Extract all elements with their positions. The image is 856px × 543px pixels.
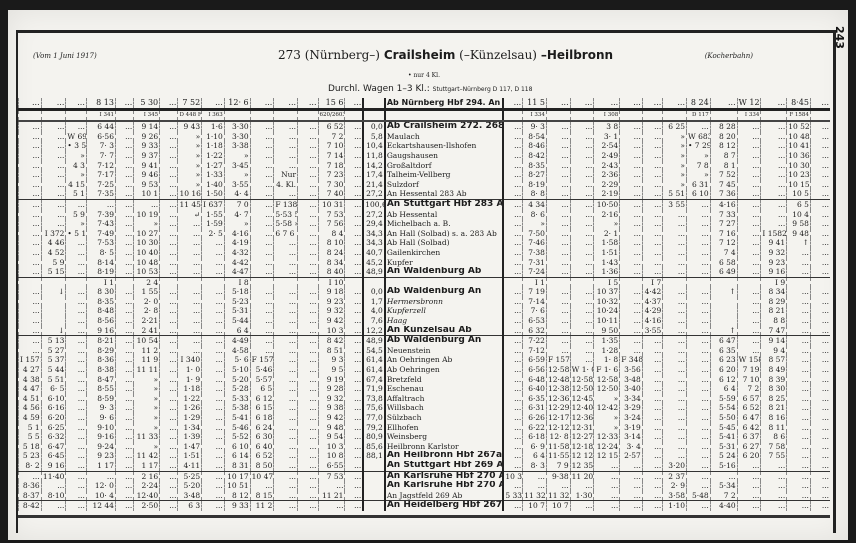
time-cell: ... xyxy=(620,501,643,511)
time-cell: 10 16 xyxy=(178,189,202,199)
time-cell: 3·48 xyxy=(178,491,202,501)
time-cell: ... xyxy=(642,336,662,346)
time-cell: 10 48 xyxy=(134,258,160,268)
time-cell xyxy=(41,297,66,307)
time-cell: ... xyxy=(202,432,225,442)
time-cell: ... xyxy=(810,132,830,142)
time-cell: ... xyxy=(202,394,225,404)
time-cell xyxy=(41,277,66,287)
time-cell: W 12 2 F 11 14 xyxy=(737,98,761,109)
time-cell: 2·16 xyxy=(594,210,620,220)
time-cell: 5·41 xyxy=(224,413,250,423)
time-cell: ... xyxy=(202,375,225,385)
time-cell: I 334 xyxy=(523,109,547,121)
time-cell: 5·41 xyxy=(710,432,737,442)
time-cell: 4·47 xyxy=(224,267,250,277)
time-cell: ... xyxy=(570,248,594,258)
time-cell: ... xyxy=(274,346,298,356)
time-cell: ... xyxy=(66,267,86,277)
time-cell: 5 27 xyxy=(41,346,66,356)
time-cell: ... xyxy=(160,316,178,326)
time-cell: 3·34 xyxy=(620,394,643,404)
time-cell: ... xyxy=(298,306,318,316)
time-cell: 9· 3 xyxy=(86,403,115,413)
time-cell: 4·42 xyxy=(224,258,250,268)
time-cell: ... xyxy=(298,170,318,180)
time-cell: ... xyxy=(546,336,570,346)
time-cell: ... xyxy=(594,491,620,501)
time-cell: ... xyxy=(642,442,662,452)
time-cell: ... xyxy=(620,461,643,471)
time-cell: ... xyxy=(66,316,86,326)
time-cell: ... xyxy=(274,248,298,258)
time-cell: ... xyxy=(41,132,66,142)
time-cell: ... xyxy=(761,132,787,142)
time-cell: ... xyxy=(345,375,363,385)
time-cell: 8 49 xyxy=(761,365,787,375)
time-cell: 8·59 xyxy=(86,394,115,404)
time-cell: 6 7 6 13 xyxy=(274,229,298,239)
time-cell: ... xyxy=(274,501,298,511)
timetable-row: 5 56·32...9·16...11 33...1·39...5·526 30… xyxy=(19,432,831,442)
time-cell xyxy=(345,109,363,121)
time-cell: 4 52 xyxy=(41,248,66,258)
time-cell: ... xyxy=(66,326,86,336)
time-cell: 1·50 xyxy=(202,189,225,199)
time-cell: ... xyxy=(810,423,830,433)
time-cell: 11 2 xyxy=(250,501,274,511)
time-cell: 10 5 xyxy=(787,189,811,199)
time-cell: 5 37 xyxy=(41,355,66,365)
time-cell: » xyxy=(663,170,687,180)
time-cell: 5·57 xyxy=(250,375,274,385)
time-cell: I 637 xyxy=(202,199,225,209)
time-cell: 6 5 xyxy=(250,384,274,394)
valid-from: (Vom 1 Juni 1917) xyxy=(33,52,97,60)
km-cell xyxy=(363,109,385,121)
time-cell: ... xyxy=(19,189,42,199)
time-cell: ... xyxy=(620,170,643,180)
time-cell: ... xyxy=(737,461,761,471)
time-cell: 3·58 xyxy=(663,491,687,501)
timetable-row: 8·378·10...10· 4...12·40...3·48...8 128 … xyxy=(19,491,831,501)
time-cell: 2·36 xyxy=(594,170,620,180)
time-cell: ... xyxy=(737,297,761,307)
time-cell: 6 57 xyxy=(737,394,761,404)
time-cell: 4 3 xyxy=(66,161,86,171)
time-cell: D 448 F 1503 xyxy=(178,109,202,121)
time-cell: » xyxy=(663,161,687,171)
km-cell: 27,2 xyxy=(363,210,385,220)
time-cell: 11·55 xyxy=(546,451,570,461)
time-cell: ... xyxy=(810,375,830,385)
time-cell: 5 51 xyxy=(41,375,66,385)
time-cell: ... xyxy=(663,394,687,404)
time-cell: ... xyxy=(178,229,202,239)
timetable-row: 4 596·20...9· 6...»...1·29...5·416 18...… xyxy=(19,413,831,423)
time-cell: 6 20 xyxy=(737,451,761,461)
time-cell: 10 36 xyxy=(787,151,811,161)
time-cell: 8 20 xyxy=(710,132,737,142)
time-cell: ... xyxy=(160,375,178,385)
time-cell: ... xyxy=(19,326,42,336)
time-cell: ... xyxy=(687,326,711,336)
time-cell xyxy=(41,316,66,326)
time-cell: 9 43 xyxy=(178,121,202,132)
time-cell xyxy=(66,277,86,287)
time-cell: ... xyxy=(19,306,42,316)
time-cell: ... xyxy=(160,306,178,316)
time-cell: 6 20 xyxy=(710,365,737,375)
timetable-row: ......5 97·39...10 19...↵1·554· 7...5·53… xyxy=(19,210,831,220)
time-cell: 8·35 xyxy=(86,297,115,307)
station-name: Ab Nürnberg Hbf 294. An xyxy=(385,98,504,109)
time-cell: 8 10 xyxy=(318,238,345,248)
time-cell: ... xyxy=(663,423,687,433)
time-cell: ... xyxy=(503,451,522,461)
time-cell: 5·50 xyxy=(710,413,737,423)
time-cell: ... xyxy=(737,471,761,481)
time-cell: ... xyxy=(115,491,133,501)
time-cell: 8·35 xyxy=(523,161,547,171)
time-cell xyxy=(620,109,643,121)
time-cell: 5·54 xyxy=(710,403,737,413)
time-cell xyxy=(66,109,86,121)
time-cell: ... xyxy=(546,98,570,109)
time-cell: 7·50 xyxy=(523,229,547,239)
time-cell: F 1· 6 xyxy=(594,365,620,375)
time-cell: ... xyxy=(298,180,318,190)
time-cell: ... xyxy=(115,267,133,277)
timetable-row: ...5 27...8·29...11 2.........4·58......… xyxy=(19,346,831,356)
time-cell: ... xyxy=(620,297,643,307)
time-cell: 6 24 xyxy=(250,423,274,433)
time-cell: F 1383 W 6937 xyxy=(274,199,298,209)
km-cell: 1,7 xyxy=(363,297,385,307)
time-cell: ... xyxy=(810,481,830,491)
time-cell: ... xyxy=(345,384,363,394)
time-cell: ... xyxy=(620,481,643,491)
route-main: Crailsheim xyxy=(384,48,456,62)
time-cell: ... xyxy=(274,375,298,385)
time-cell: ... xyxy=(570,326,594,336)
time-cell: ... xyxy=(503,423,522,433)
time-cell: ... xyxy=(274,432,298,442)
timetable-row: ......4 37·12...9 41...»1·273·45........… xyxy=(19,161,831,171)
time-cell: ... xyxy=(642,199,662,209)
time-cell: ... xyxy=(687,471,711,481)
time-cell: ... xyxy=(86,199,115,209)
time-cell: ... xyxy=(202,238,225,248)
time-cell: ... xyxy=(178,248,202,258)
time-cell: 8 1 xyxy=(710,161,737,171)
time-cell: ... xyxy=(274,491,298,501)
time-cell: ... xyxy=(274,258,298,268)
time-cell: ... xyxy=(687,258,711,268)
time-cell: ... xyxy=(202,346,225,356)
time-cell: ... xyxy=(66,336,86,346)
time-cell: ... xyxy=(178,306,202,316)
time-cell: » xyxy=(178,180,202,190)
time-cell: ... xyxy=(503,461,522,471)
time-cell: ... xyxy=(546,141,570,151)
time-cell: » xyxy=(66,170,86,180)
time-cell: 5· 6 xyxy=(224,355,250,365)
time-cell: 8· 3 xyxy=(523,461,547,471)
time-cell: ... xyxy=(642,375,662,385)
time-cell: ... xyxy=(546,219,570,229)
time-cell: 8·38 xyxy=(86,365,115,375)
timetable-row: 8·36......12· 0...2·24...5·20...10 51...… xyxy=(19,481,831,491)
station-name: Neuenstein xyxy=(385,346,504,356)
time-cell: ... xyxy=(345,451,363,461)
time-cell: ... xyxy=(274,189,298,199)
time-cell: 12 12 xyxy=(570,451,594,461)
time-cell: 1·51 xyxy=(594,248,620,258)
km-cell: 88,1 xyxy=(363,451,385,461)
time-cell: ... xyxy=(620,121,643,132)
time-cell: ... xyxy=(19,346,42,356)
time-cell: » xyxy=(134,423,160,433)
time-cell: ... xyxy=(787,355,811,365)
time-cell: 7·53 xyxy=(86,238,115,248)
time-cell: 8· 6 xyxy=(523,210,547,220)
time-cell: ... xyxy=(178,238,202,248)
time-cell: Nur xyxy=(274,170,298,180)
time-cell xyxy=(687,277,711,287)
time-cell: W 6916 xyxy=(66,132,86,142)
time-cell: ... xyxy=(19,199,42,209)
time-cell: ... xyxy=(810,267,830,277)
time-cell: 11 45 xyxy=(178,199,202,209)
time-cell: ... xyxy=(115,199,133,209)
time-cell: ... xyxy=(202,287,225,297)
km-cell: 73,8 xyxy=(363,394,385,404)
time-cell: ... xyxy=(298,151,318,161)
time-cell: ... xyxy=(345,501,363,511)
time-cell: ... xyxy=(274,384,298,394)
time-cell: ... xyxy=(546,258,570,268)
time-cell: ... xyxy=(345,229,363,239)
station-name: An Jagstfeld 269 Ab xyxy=(385,491,504,501)
time-cell: I 340 xyxy=(178,355,202,365)
time-cell: ... xyxy=(160,189,178,199)
time-cell: 6 27 xyxy=(737,442,761,452)
time-cell: 4 27 xyxy=(19,365,42,375)
time-cell: ... xyxy=(19,229,42,239)
time-cell: ... xyxy=(178,336,202,346)
time-cell: 5 18 xyxy=(19,442,42,452)
time-cell: ... xyxy=(687,432,711,442)
time-cell: 1 17 xyxy=(86,461,115,471)
time-cell: ... xyxy=(787,306,811,316)
time-cell: ... xyxy=(687,403,711,413)
time-cell: ... xyxy=(642,132,662,142)
time-cell: ... xyxy=(115,336,133,346)
time-cell: ... xyxy=(345,180,363,190)
time-cell: 10 3 xyxy=(318,326,345,336)
time-cell: 12·58 xyxy=(594,375,620,385)
time-cell: ... xyxy=(546,210,570,220)
time-cell: 12·36 xyxy=(570,413,594,423)
time-cell: ... xyxy=(663,316,687,326)
time-cell: » xyxy=(523,219,547,229)
time-cell: 6 4 xyxy=(224,326,250,336)
time-cell: ... xyxy=(66,98,86,109)
time-cell: ... xyxy=(810,471,830,481)
time-cell: ... xyxy=(546,316,570,326)
time-cell: ... xyxy=(345,413,363,423)
timetable-row: ......»7·43...»......1·59»...5·58 »...7 … xyxy=(19,219,831,229)
time-cell: 12·42 xyxy=(594,403,620,413)
time-cell: 6 18 xyxy=(250,413,274,423)
time-cell: ... xyxy=(620,199,643,209)
time-cell: ... xyxy=(298,326,318,336)
timetable-row: ......4 157·25...9 53...»1·403·55...4. K… xyxy=(19,180,831,190)
time-cell: 12·40 xyxy=(570,403,594,413)
time-cell: 8 12 xyxy=(224,491,250,501)
time-cell: ... xyxy=(642,98,662,109)
time-cell: 6 15 xyxy=(250,403,274,413)
km-cell: 34,3 xyxy=(363,238,385,248)
time-cell: 5·28 xyxy=(224,384,250,394)
time-cell: 8 21 xyxy=(761,306,787,316)
station-name: Ab Waldenburg An xyxy=(385,287,504,297)
time-cell: ... xyxy=(761,491,787,501)
time-cell: 1·18 xyxy=(178,384,202,394)
time-cell: 1·18 xyxy=(202,141,225,151)
time-cell: ... xyxy=(345,141,363,151)
time-cell: 3·19 xyxy=(620,423,643,433)
time-cell: ... xyxy=(115,151,133,161)
time-cell: 2·24 xyxy=(134,481,160,491)
time-cell xyxy=(710,297,737,307)
km-cell xyxy=(363,98,385,109)
timetable-row: ......W 69166·56...9 26...»1·103·30.....… xyxy=(19,132,831,142)
time-cell: 4·49 xyxy=(224,336,250,346)
km-cell xyxy=(363,491,385,501)
time-cell: ... xyxy=(810,287,830,297)
time-cell: ... xyxy=(298,442,318,452)
time-cell: 1 55 xyxy=(134,287,160,297)
time-cell: 4 46 xyxy=(41,238,66,248)
time-cell xyxy=(503,109,522,121)
time-cell: 6·55 xyxy=(318,461,345,471)
time-cell: ... xyxy=(345,461,363,471)
time-cell: 5·59 xyxy=(710,394,737,404)
time-cell: 4 56 xyxy=(19,403,42,413)
time-cell: ... xyxy=(737,238,761,248)
time-cell: ... xyxy=(19,248,42,258)
time-cell xyxy=(298,277,318,287)
time-cell: 8·36 xyxy=(19,481,42,491)
time-cell: ... xyxy=(19,336,42,346)
time-cell: ... xyxy=(66,394,86,404)
time-cell: 8 8 xyxy=(761,316,787,326)
timetable-page: 243 (Vom 1 Juni 1917) 273 (Nürnberg–) Cr… xyxy=(8,10,848,540)
time-cell: ... xyxy=(810,98,830,109)
time-cell: 7·38 xyxy=(523,248,547,258)
time-cell: ... xyxy=(160,471,178,481)
time-cell: I 1 xyxy=(86,277,115,287)
time-cell: ... xyxy=(274,287,298,297)
time-cell: ... xyxy=(66,306,86,316)
time-cell: 6 23 xyxy=(710,355,737,365)
time-cell: ... xyxy=(620,180,643,190)
time-cell: ... xyxy=(546,346,570,356)
time-cell: ... xyxy=(178,258,202,268)
time-cell: ... xyxy=(19,267,42,277)
time-cell: 6 52 xyxy=(737,403,761,413)
time-cell: ... xyxy=(642,481,662,491)
time-cell: ... xyxy=(642,180,662,190)
time-cell: ... xyxy=(115,355,133,365)
time-cell: 5·44 xyxy=(224,316,250,326)
time-cell: 9 50 xyxy=(594,326,620,336)
time-cell: 7·12 xyxy=(86,161,115,171)
time-cell: ... xyxy=(274,326,298,336)
time-cell: ... xyxy=(202,267,225,277)
station-name: Hermersbronn xyxy=(385,297,504,307)
time-cell: 7 52 xyxy=(178,98,202,109)
time-cell: 5·45 xyxy=(710,423,737,433)
time-cell: ... xyxy=(503,365,522,375)
time-cell: ... xyxy=(66,461,86,471)
time-cell: 3·24 xyxy=(620,413,643,423)
time-cell: ... xyxy=(160,413,178,423)
time-cell: ... xyxy=(160,491,178,501)
time-cell: 12·50 xyxy=(594,384,620,394)
time-cell: ... xyxy=(202,413,225,423)
time-cell: ... xyxy=(298,98,318,109)
time-cell: ... xyxy=(250,306,274,316)
time-cell: ... xyxy=(115,432,133,442)
time-cell: ... xyxy=(66,451,86,461)
page-title: 273 (Nürnberg–) Crailsheim (–Künzelsau) … xyxy=(278,48,613,62)
time-cell xyxy=(737,277,761,287)
time-cell: 5 51 xyxy=(663,189,687,199)
time-cell: ... xyxy=(687,451,711,461)
time-cell: 4·11 xyxy=(178,461,202,471)
time-cell: ... xyxy=(503,98,522,109)
time-cell: 12·33 xyxy=(594,432,620,442)
time-cell: ... xyxy=(761,471,787,481)
time-cell: ... xyxy=(345,151,363,161)
time-cell: 6·31 xyxy=(523,403,547,413)
time-cell: ... xyxy=(642,384,662,394)
time-cell: ... xyxy=(761,219,787,229)
time-cell: ... xyxy=(202,423,225,433)
time-cell: ... xyxy=(345,98,363,109)
time-cell: ... xyxy=(810,491,830,501)
time-cell: ... xyxy=(345,287,363,297)
time-cell: ... xyxy=(41,170,66,180)
time-cell: ... xyxy=(19,238,42,248)
time-cell: 12·12 xyxy=(546,423,570,433)
table-number: 273 xyxy=(278,48,301,62)
time-cell: 6·59 xyxy=(523,355,547,365)
time-cell: ... xyxy=(298,316,318,326)
time-cell: 9 5 xyxy=(318,365,345,375)
time-cell: ... xyxy=(345,326,363,336)
time-cell: 10·50 xyxy=(594,199,620,209)
time-cell: 620/2603 xyxy=(318,109,345,121)
time-cell: ... xyxy=(737,287,761,297)
time-cell: ... xyxy=(787,336,811,346)
timetable-row: .........8 13...5 30...7 52...12· 6.....… xyxy=(19,98,831,109)
time-cell: ... xyxy=(178,346,202,356)
time-cell: 5·16 xyxy=(710,461,737,471)
